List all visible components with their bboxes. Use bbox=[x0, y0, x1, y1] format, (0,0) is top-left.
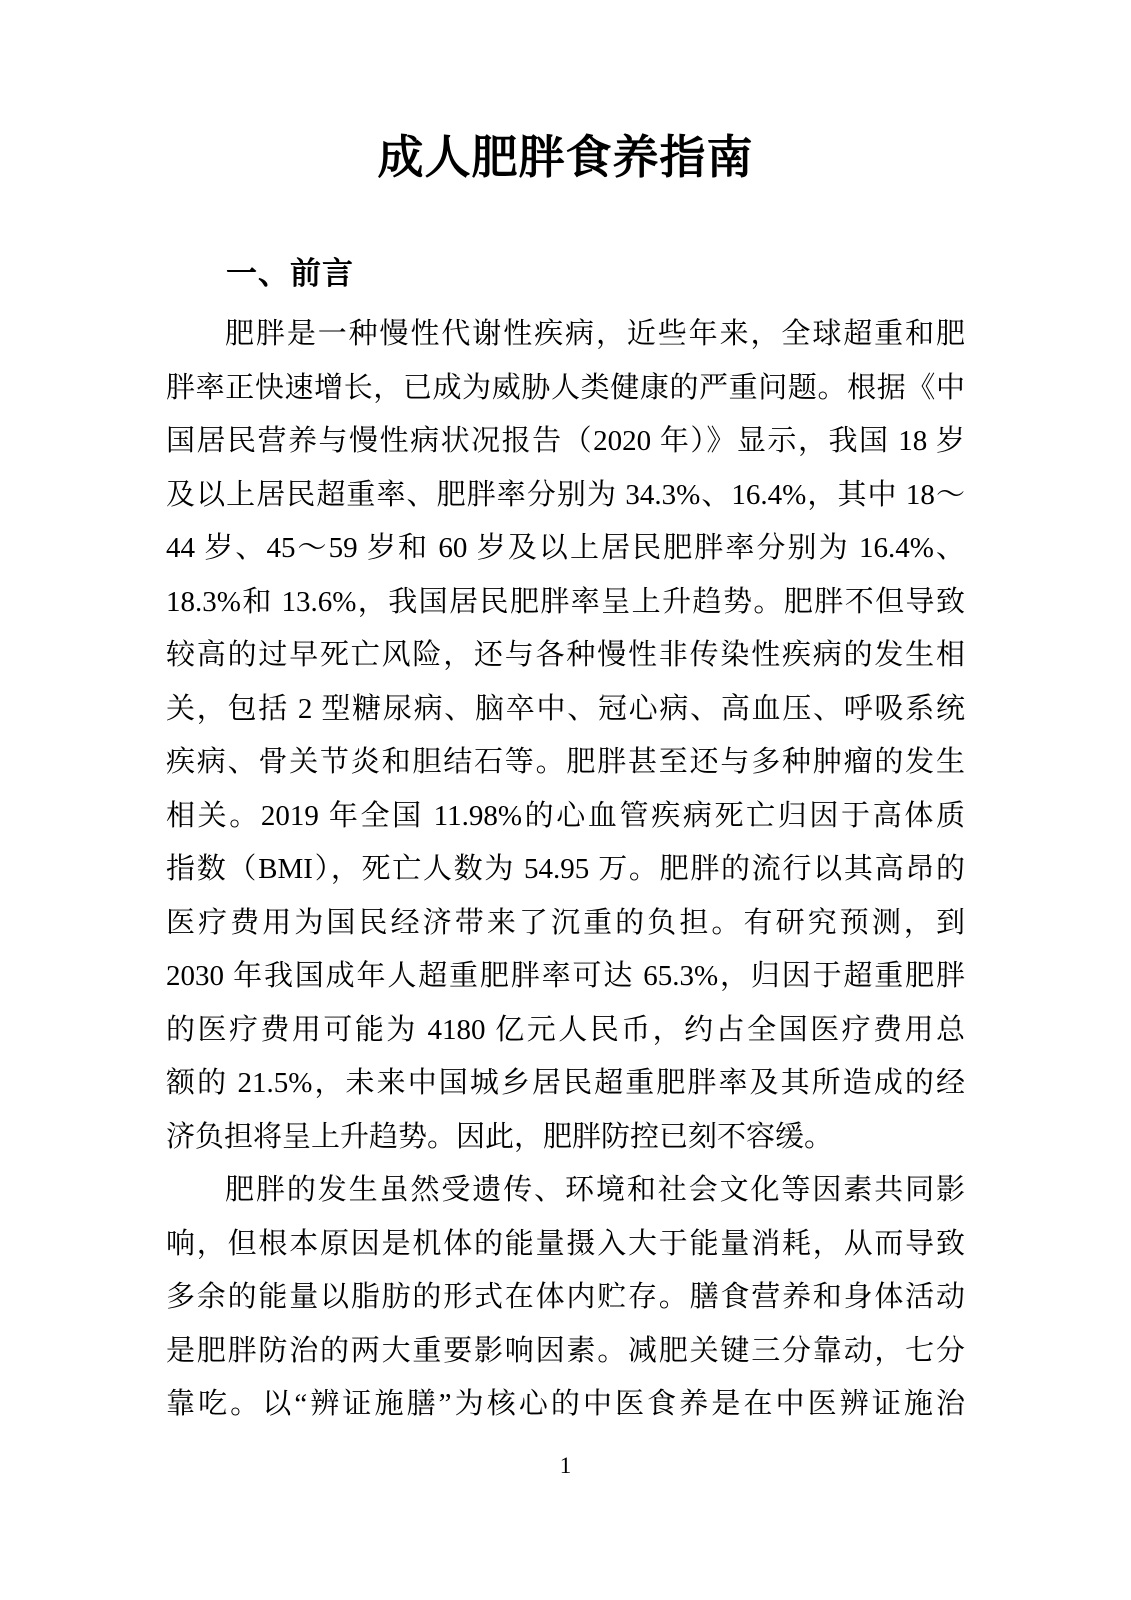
text-line: 响，但根本原因是机体的能量摄入大于能量消耗，从而导致 bbox=[166, 1218, 965, 1272]
text-line: 靠吃。以“辨证施膳”为核心的中医食养是在中医辨证施治 bbox=[166, 1378, 965, 1432]
text-line: 额的 21.5%，未来中国城乡居民超重肥胖率及其所造成的经 bbox=[166, 1057, 965, 1111]
text-line: 是肥胖防治的两大重要影响因素。减肥关键三分靠动，七分 bbox=[166, 1325, 965, 1379]
text-line: 关，包括 2 型糖尿病、脑卒中、冠心病、高血压、呼吸系统 bbox=[166, 683, 965, 737]
text-line: 肥胖的发生虽然受遗传、环境和社会文化等因素共同影 bbox=[166, 1164, 965, 1218]
document-page: 成人肥胖食养指南 一、前言 肥胖是一种慢性代谢性疾病，近些年来，全球超重和肥 胖… bbox=[0, 0, 1131, 1600]
text-line: 44 岁、45～59 岁和 60 岁及以上居民肥胖率分别为 16.4%、 bbox=[166, 522, 965, 576]
document-content: 一、前言 肥胖是一种慢性代谢性疾病，近些年来，全球超重和肥 胖率正快速增长，已成… bbox=[166, 256, 965, 1432]
text-line: 疾病、骨关节炎和胆结石等。肥胖甚至还与多种肿瘤的发生 bbox=[166, 736, 965, 790]
text-line: 胖率正快速增长，已成为威胁人类健康的严重问题。根据《中 bbox=[166, 362, 965, 416]
document-title: 成人肥胖食养指南 bbox=[0, 130, 1131, 186]
text-line: 18.3%和 13.6%，我国居民肥胖率呈上升趋势。肥胖不但导致 bbox=[166, 576, 965, 630]
text-line: 多余的能量以脂肪的形式在体内贮存。膳食营养和身体活动 bbox=[166, 1271, 965, 1325]
text-line: 2030 年我国成年人超重肥胖率可达 65.3%，归因于超重肥胖 bbox=[166, 950, 965, 1004]
text-line: 国居民营养与慢性病状况报告（2020 年）》显示，我国 18 岁 bbox=[166, 415, 965, 469]
paragraph-2: 肥胖的发生虽然受遗传、环境和社会文化等因素共同影 响，但根本原因是机体的能量摄入… bbox=[166, 1164, 965, 1432]
text-line: 肥胖是一种慢性代谢性疾病，近些年来，全球超重和肥 bbox=[166, 308, 965, 362]
text-line: 及以上居民超重率、肥胖率分别为 34.3%、16.4%，其中 18～ bbox=[166, 469, 965, 523]
page-number: 1 bbox=[0, 1450, 1131, 1482]
section-heading-preface: 一、前言 bbox=[166, 256, 965, 292]
text-line: 济负担将呈上升趋势。因此，肥胖防控已刻不容缓。 bbox=[166, 1111, 965, 1165]
text-line: 的医疗费用可能为 4180 亿元人民币，约占全国医疗费用总 bbox=[166, 1004, 965, 1058]
text-line: 相关。2019 年全国 11.98%的心血管疾病死亡归因于高体质 bbox=[166, 790, 965, 844]
text-line: 医疗费用为国民经济带来了沉重的负担。有研究预测，到 bbox=[166, 897, 965, 951]
paragraph-1: 肥胖是一种慢性代谢性疾病，近些年来，全球超重和肥 胖率正快速增长，已成为威胁人类… bbox=[166, 308, 965, 1164]
text-line: 较高的过早死亡风险，还与各种慢性非传染性疾病的发生相 bbox=[166, 629, 965, 683]
text-line: 指数（BMI），死亡人数为 54.95 万。肥胖的流行以其高昂的 bbox=[166, 843, 965, 897]
